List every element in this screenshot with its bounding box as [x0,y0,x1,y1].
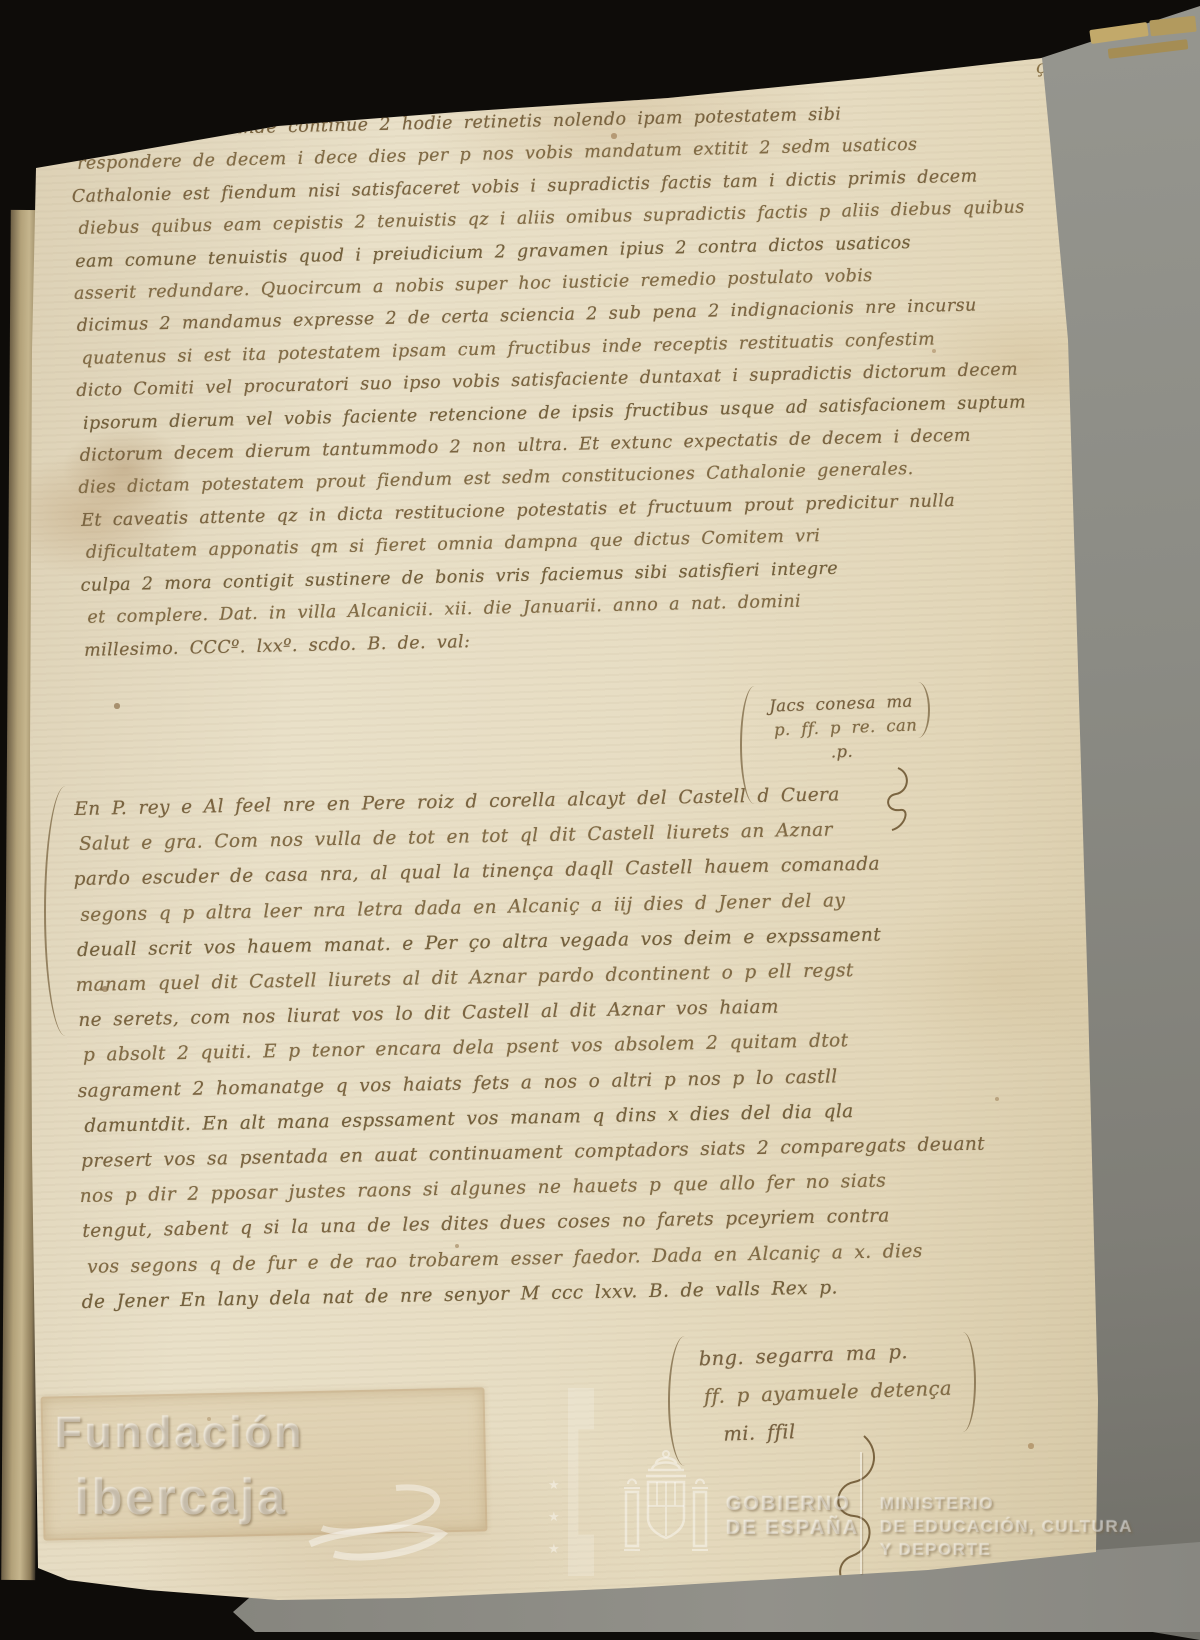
bracket-close-mark [954,1332,976,1432]
ministerio-watermark: MINISTERIO DE EDUCACIÓN, CULTURA Y DEPOR… [880,1492,1133,1561]
ministerio-line3: Y DEPORTE [880,1538,1133,1561]
gobierno-line2: DE ESPAÑA [726,1516,859,1540]
latin-letter-block: decem dies 2 deinde continue 2 hodie ret… [72,93,1079,666]
star-icon: ★ [548,1478,560,1493]
gobierno-watermark: GOBIERNO DE ESPAÑA [726,1492,859,1540]
manuscript-line: p. ff. p re. can [774,713,918,742]
chancery-note-1: Jacs conesa map. ff. p re. can.p. [769,689,919,766]
parchment-page: ç decem dies 2 deinde continue 2 hodie r… [28,50,1110,1600]
manuscript-scan-viewport: ç decem dies 2 deinde continue 2 hodie r… [0,0,1200,1640]
spain-coat-of-arms-icon [618,1448,714,1578]
ibercaja-watermark-line1: Fundación [55,1408,304,1458]
ministerio-line2: DE EDUCACIÓN, CULTURA [880,1515,1133,1538]
star-icon: ★ [548,1510,560,1525]
ink-specks [28,50,30,52]
ibercaja-swoosh-icon [300,1470,450,1570]
manuscript-line: .p. [830,737,918,764]
bracket-open-mark [668,1336,696,1466]
gobierno-line1: GOBIERNO [726,1492,859,1516]
catalan-letter-block: En P. rey e Al feel nre en Pere roiz d c… [74,773,1084,1320]
ministerio-line1: MINISTERIO [880,1492,1133,1515]
ibercaja-watermark-line2: ibercaja [75,1468,288,1526]
star-icon: ★ [548,1542,560,1557]
watermark-divider [860,1452,862,1574]
